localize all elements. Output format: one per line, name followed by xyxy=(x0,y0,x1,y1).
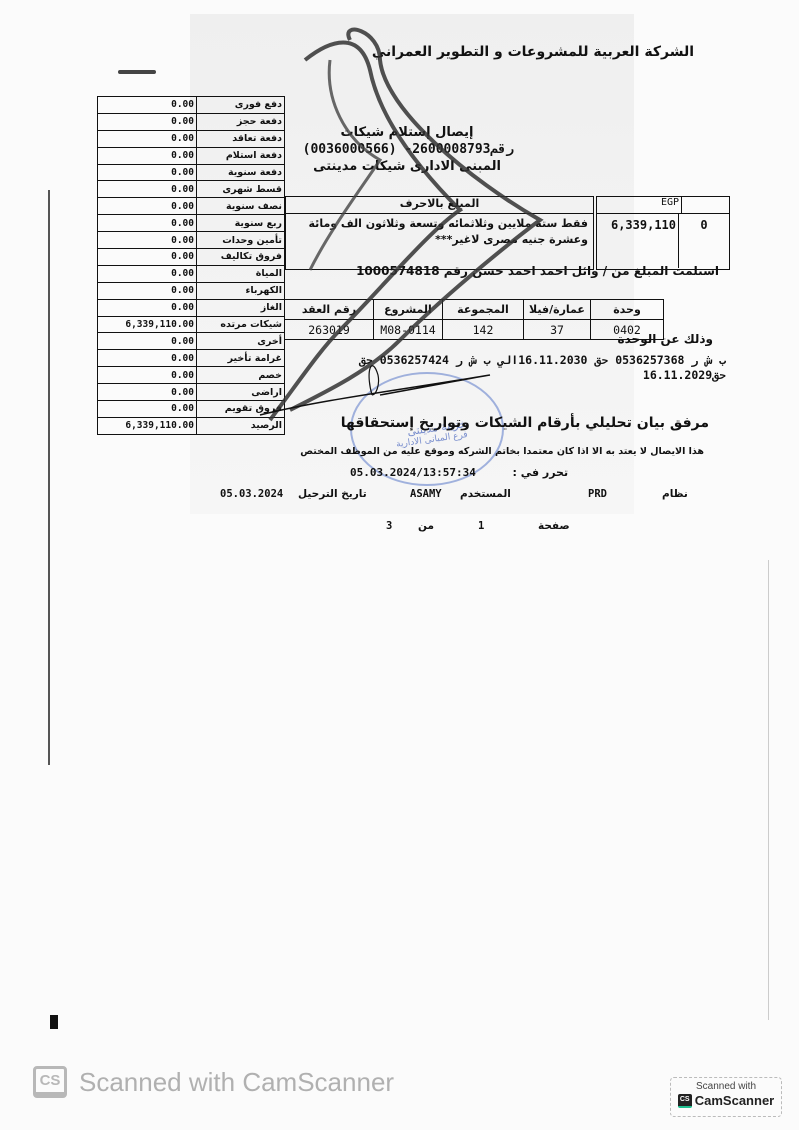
camscanner-mini-logo-icon: CS xyxy=(678,1094,692,1108)
badge-caption: Scanned with xyxy=(671,1081,781,1092)
badge-brand: CamScanner xyxy=(695,1093,774,1108)
scan-mark xyxy=(50,1015,58,1029)
paper-edge xyxy=(768,560,769,1020)
camscanner-badge: Scanned with CS CamScanner xyxy=(670,1077,782,1117)
camscanner-footer: CS Scanned with CamScanner xyxy=(33,1066,394,1098)
camscanner-footer-text: Scanned with CamScanner xyxy=(79,1067,394,1098)
camscanner-logo-icon: CS xyxy=(33,1066,67,1098)
signature-scribble xyxy=(0,0,799,600)
scanned-page: الشركة العربية للمشروعات و التطوير العمر… xyxy=(0,0,799,1130)
